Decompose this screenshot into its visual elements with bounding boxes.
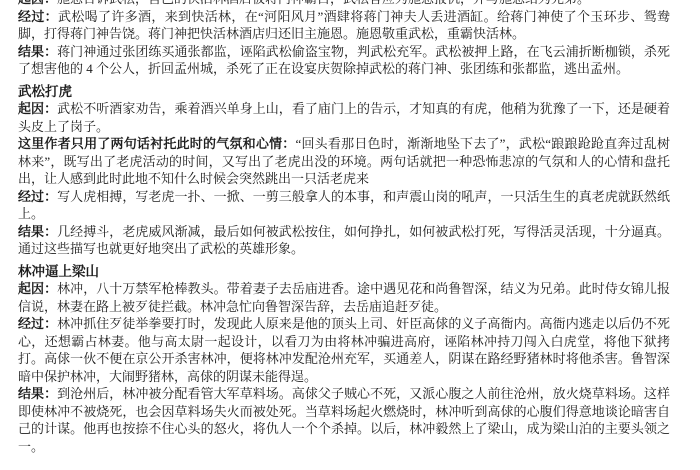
paragraph-label: 结果： xyxy=(18,386,57,401)
paragraph-text: 写人虎相搏，写老虎一扑、一掀、一剪三般拿人的本事，和声震山岗的吼声，一只活生生的… xyxy=(18,189,670,222)
paragraph-label: 起因： xyxy=(18,0,57,6)
paragraph-process-tiger: 经过：写人虎相搏，写老虎一扑、一掀、一剪三般拿人的本事，和声震山岗的吼声，一只活… xyxy=(18,188,670,223)
paragraph-label: 结果： xyxy=(18,44,57,59)
paragraph-label: 结果： xyxy=(18,224,57,239)
paragraph-text: 几经搏斗，老虎威风渐减，最后如何被武松按住，如何挣扎，如何被武松打死，写得活灵活… xyxy=(18,224,670,257)
paragraph-label: 起因： xyxy=(18,281,57,296)
paragraph-commentary-tiger: 这里作者只用了两句话衬托此时的气氛和心情：“回头看那日色时，渐渐地坠下去了”，武… xyxy=(18,135,670,188)
paragraph-text: 武松不听酒家劝告，乘着酒兴单身上山，看了庙门上的告示，才知真的有虎，他稍为犹豫了… xyxy=(18,101,670,134)
paragraph-label: 这里作者只用了两句话衬托此时的气氛和心情： xyxy=(18,136,295,151)
paragraph-cause-tiger: 起因：武松不听酒家劝告，乘着酒兴单身上山，看了庙门上的告示，才知真的有虎，他稍为… xyxy=(18,100,670,135)
paragraph-result-linchong: 结果：到沧州后，林冲被分配看管大军草料场。高俅父子贼心不死，又派心腹之人前往沧州… xyxy=(18,385,670,455)
document-content: 起因：施恩告诉武松，自己的快活林酒店被蒋门神霸占，武松答应为施恩报仇，并与施恩结… xyxy=(18,0,670,455)
paragraph-text: 到沧州后，林冲被分配看管大军草料场。高俅父子贼心不死，又派心腹之人前往沧州，放火… xyxy=(18,386,670,454)
paragraph-text: 林冲，八十万禁军枪棒教头。带着妻子去岳庙进香。途中遇见花和尚鲁智深，结义为兄弟。… xyxy=(18,281,670,314)
paragraph-cause-linchong: 起因：林冲，八十万禁军枪棒教头。带着妻子去岳庙进香。途中遇见花和尚鲁智深，结义为… xyxy=(18,280,670,315)
paragraph-label: 经过： xyxy=(18,316,57,331)
paragraph-process-jiangmenshen: 经过：武松喝了许多酒，来到快活林，在“河阳风月”酒肆将蒋门神夫人丢进酒缸。给蒋门… xyxy=(18,8,670,43)
paragraph-label: 经过： xyxy=(18,189,57,204)
paragraph-text: 武松喝了许多酒，来到快活林，在“河阳风月”酒肆将蒋门神夫人丢进酒缸。给蒋门神使了… xyxy=(18,9,670,42)
paragraph-result-jiangmenshen: 结果：蒋门神通过张团练买通张都监，诬陷武松偷盗宝物，判武松充军。武松被押上路，在… xyxy=(18,43,670,78)
paragraph-process-linchong: 经过：林冲抓住歹徒举拳要打时，发现此人原来是他的顶头上司、奸臣高俅的义子高衙内。… xyxy=(18,315,670,385)
section-heading-linchong-liangshan: 林冲逼上梁山 xyxy=(18,263,670,281)
section-heading-wusong-tiger: 武松打虎 xyxy=(18,83,670,101)
paragraph-label: 起因： xyxy=(18,101,57,116)
document-page: 起因：施恩告诉武松，自己的快活林酒店被蒋门神霸占，武松答应为施恩报仇，并与施恩结… xyxy=(0,0,700,470)
paragraph-text: 施恩告诉武松，自己的快活林酒店被蒋门神霸占，武松答应为施恩报仇，并与施恩结为兄弟… xyxy=(57,0,590,6)
paragraph-result-tiger: 结果：几经搏斗，老虎威风渐减，最后如何被武松按住，如何挣扎，如何被武松打死，写得… xyxy=(18,223,670,258)
paragraph-text: 林冲抓住歹徒举拳要打时，发现此人原来是他的顶头上司、奸臣高俅的义子高衙内。高衙内… xyxy=(18,316,670,384)
paragraph-cause-jiangmenshen: 起因：施恩告诉武松，自己的快活林酒店被蒋门神霸占，武松答应为施恩报仇，并与施恩结… xyxy=(18,0,670,8)
paragraph-text: 蒋门神通过张团练买通张都监，诬陷武松偷盗宝物，判武松充军。武松被押上路，在飞云浦… xyxy=(18,44,670,77)
paragraph-label: 经过： xyxy=(18,9,58,24)
